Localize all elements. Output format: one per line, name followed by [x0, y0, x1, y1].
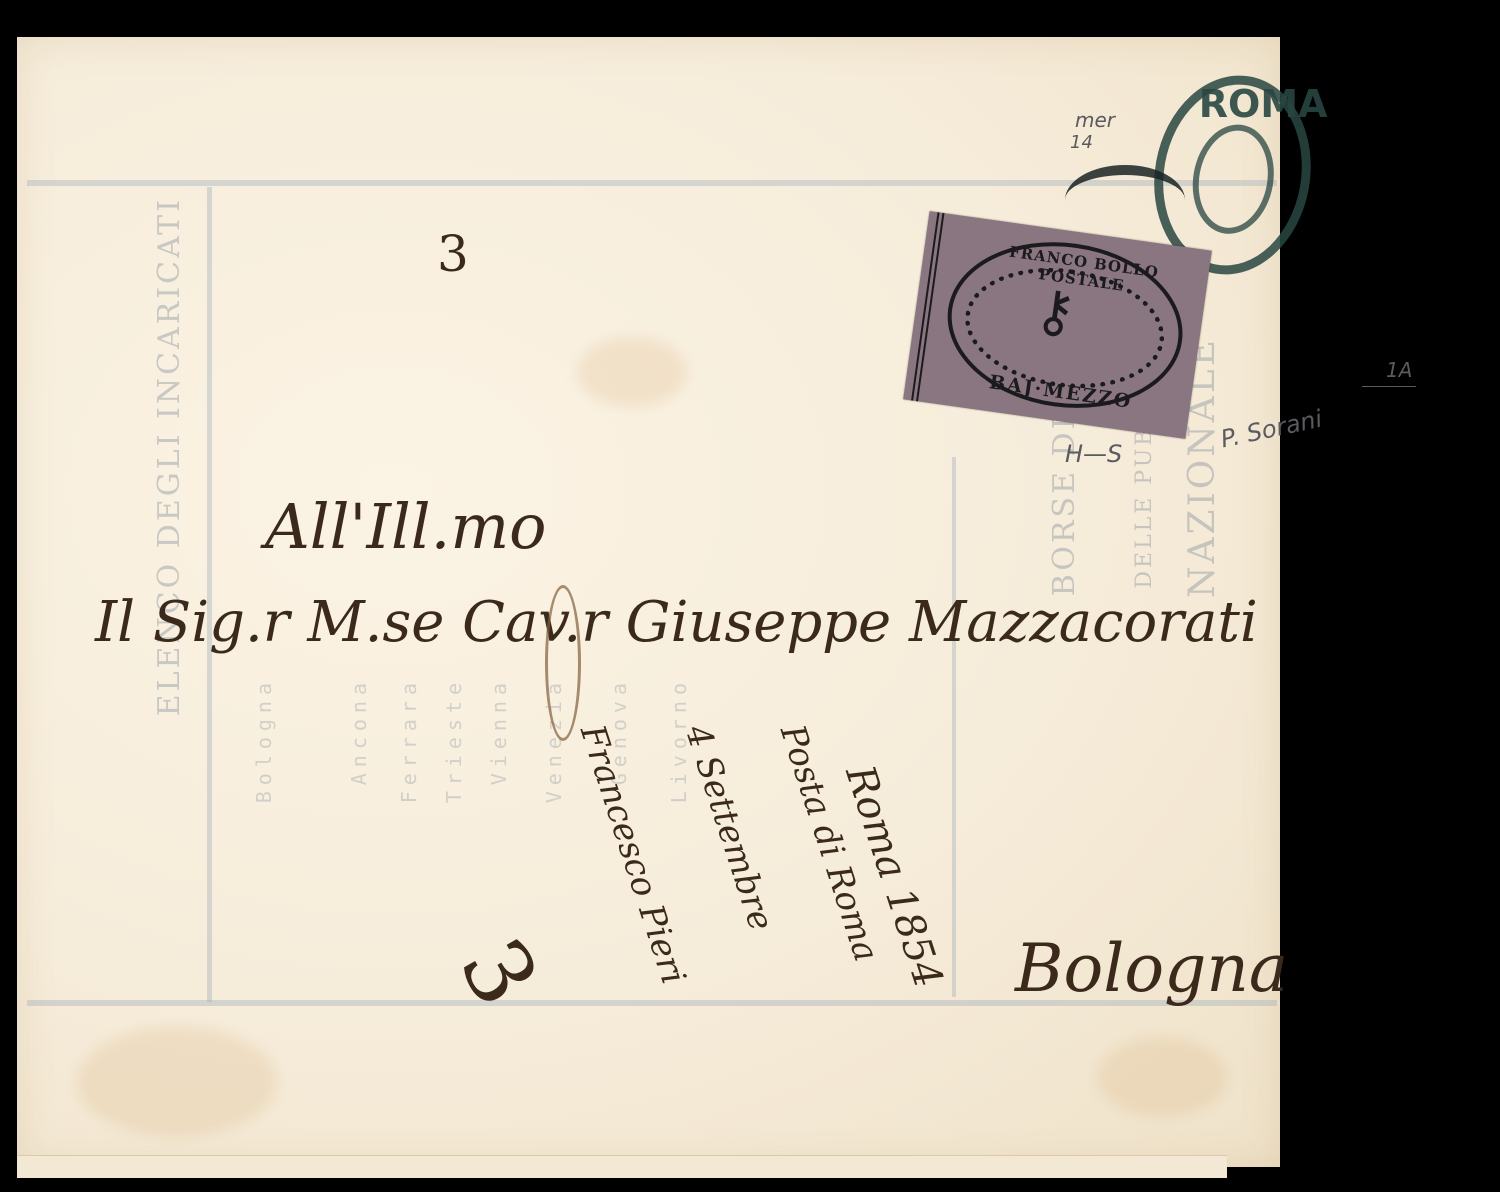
- foxing-stain: [1097, 1037, 1227, 1117]
- salutation-line: All'Ill.mo: [265, 490, 546, 563]
- postage-stamp: FRANCO BOLLO POSTALE ⚷ BAJ·MEZZO: [903, 211, 1212, 439]
- pencil-note-top: mer: [1075, 108, 1115, 132]
- bleed-through-rule: [952, 457, 956, 997]
- bleed-through-cell: Ancona: [347, 677, 371, 785]
- papal-keys-icon: ⚷: [1031, 282, 1079, 343]
- manuscript-numeral: 3: [437, 225, 469, 283]
- foxing-stain: [577, 337, 687, 407]
- addressee-line: Il Sig.r M.se Cav.r Giuseppe Mazzacorati: [95, 590, 1258, 655]
- secondary-cancel: [1065, 165, 1185, 235]
- datestamp-town: ROMA: [1199, 82, 1328, 126]
- pencil-catalog-ref: 1A: [1362, 358, 1416, 387]
- destination-city: Bologna: [1015, 930, 1288, 1007]
- manuscript-oval-mark: [545, 585, 581, 741]
- pencil-note-top: 14: [1070, 132, 1093, 153]
- pencil-note-left: H—S: [1065, 440, 1122, 468]
- datestamp-inner-ring: [1184, 118, 1282, 240]
- foxing-stain: [77, 1027, 277, 1137]
- bleed-through-cell: Vienna: [487, 677, 511, 785]
- bleed-through-cell: Trieste: [442, 677, 466, 803]
- bleed-through-cell: Ferrara: [397, 677, 421, 803]
- cover-flap-edge: [17, 1155, 1227, 1178]
- bleed-through-cell: Bologna: [252, 677, 276, 803]
